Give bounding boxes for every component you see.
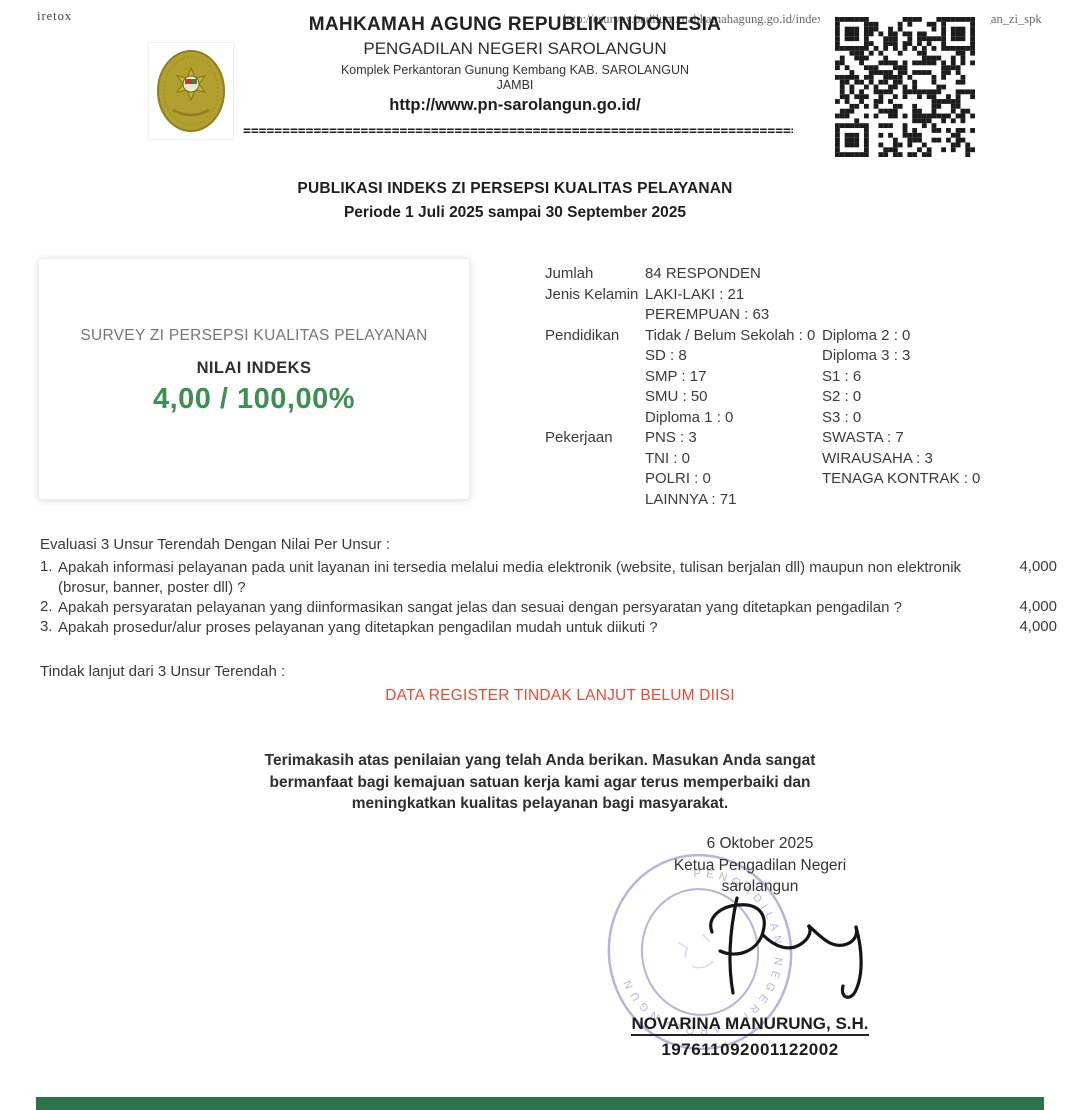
mahkamah-agung-seal-icon [155,48,227,134]
index-label: NILAI INDEKS [39,359,469,378]
signature-block: 6 Oktober 2025 Ketua Pengadilan Negeri s… [645,833,875,898]
signature-date: 6 Oktober 2025 [645,833,875,855]
stat-pendidikan-item: SMP : 17 [645,368,706,386]
office-website: http://www.pn-sarolangun.go.id/ [235,96,795,115]
survey-label: SURVEY ZI PERSEPSI KUALITAS PELAYANAN [39,327,469,345]
office-address: Komplek Perkantoran Gunung Kembang KAB. … [235,63,795,77]
stat-pekerjaan-item: TENAGA KONTRAK : 0 [822,470,980,488]
stat-pendidikan-item: S2 : 0 [822,388,861,406]
followup-status: DATA REGISTER TINDAK LANJUT BELUM DIISI [240,687,880,705]
signer-name: NOVARINA MANURUNG, S.H. [615,1014,885,1034]
stat-pekerjaan-item: TNI : 0 [645,450,690,468]
office-province: JAMBI [235,78,795,92]
stat-pekerjaan-item: SWASTA : 7 [822,429,904,447]
stat-label-pekerjaan: Pekerjaan [545,429,613,447]
document-period: Periode 1 Juli 2025 sampai 30 September … [235,204,795,222]
letterhead: MAHKAMAH AGUNG REPUBLIK INDONESIA PENGAD… [235,14,795,115]
evaluation-item-text: Apakah persyaratan pelayanan yang diinfo… [58,598,998,618]
stat-label-pendidikan: Pendidikan [545,327,619,345]
signer-title: Ketua Pengadilan Negeri [645,855,875,877]
stat-value-jumlah: 84 RESPONDEN [645,265,761,283]
index-score-card: SURVEY ZI PERSEPSI KUALITAS PELAYANAN NI… [38,258,470,500]
stat-pendidikan-item: S3 : 0 [822,409,861,427]
evaluation-item-score: 4,000 [997,558,1057,575]
stat-value-laki: LAKI-LAKI : 21 [645,286,744,304]
org-name: MAHKAMAH AGUNG REPUBLIK INDONESIA [235,14,795,36]
closing-message: Terimakasih atas penilaian yang telah An… [245,750,835,815]
stat-label-jumlah: Jumlah [545,265,593,283]
index-value: 4,00 / 100,00% [39,383,469,416]
evaluation-item-text: Apakah prosedur/alur proses pelayanan ya… [58,618,998,638]
evaluation-item-number: 2. [40,598,53,615]
qr-code-icon [835,17,975,157]
handwritten-signature-icon [660,880,890,1010]
evaluation-item-number: 3. [40,618,53,635]
evaluation-item-number: 1. [40,558,53,575]
stat-pendidikan-item: Diploma 2 : 0 [822,327,910,345]
stat-pendidikan-item: SMU : 50 [645,388,708,406]
stat-pendidikan-item: Diploma 3 : 3 [822,347,910,365]
qr-code [820,13,990,160]
stat-pekerjaan-item: POLRI : 0 [645,470,711,488]
followup-heading: Tindak lanjut dari 3 Unsur Terendah : [40,663,285,680]
document-page: iretox http://esurvey.badilum.mahkamahag… [0,0,1080,1110]
print-artifact-corner: iretox [37,9,72,24]
stat-pendidikan-item: S1 : 6 [822,368,861,386]
stat-pendidikan-item: Diploma 1 : 0 [645,409,733,427]
court-seal-logo [148,42,234,140]
evaluation-item-text: Apakah informasi pelayanan pada unit lay… [58,558,986,598]
stat-pekerjaan-item: PNS : 3 [645,429,697,447]
evaluation-item-score: 4,000 [997,598,1057,615]
stat-label-jenis-kelamin: Jenis Kelamin [545,286,638,304]
stat-pendidikan-item: Tidak / Belum Sekolah : 0 [645,327,815,345]
office-name: PENGADILAN NEGERI SAROLANGUN [235,39,795,59]
evaluation-heading: Evaluasi 3 Unsur Terendah Dengan Nilai P… [40,536,390,553]
document-title-block: PUBLIKASI INDEKS ZI PERSEPSI KUALITAS PE… [235,180,795,222]
stat-pekerjaan-item: WIRAUSAHA : 3 [822,450,933,468]
evaluation-item-score: 4,000 [997,618,1057,635]
letterhead-separator: ========================================… [243,124,793,139]
signer-nip: 197611092001122002 [615,1040,885,1060]
stat-pekerjaan-item: LAINNYA : 71 [645,491,736,509]
document-title: PUBLIKASI INDEKS ZI PERSEPSI KUALITAS PE… [235,180,795,198]
bottom-green-bar [36,1097,1044,1110]
stat-value-perempuan: PEREMPUAN : 63 [645,306,769,324]
signer-office: sarolangun [645,876,875,898]
stat-pendidikan-item: SD : 8 [645,347,687,365]
